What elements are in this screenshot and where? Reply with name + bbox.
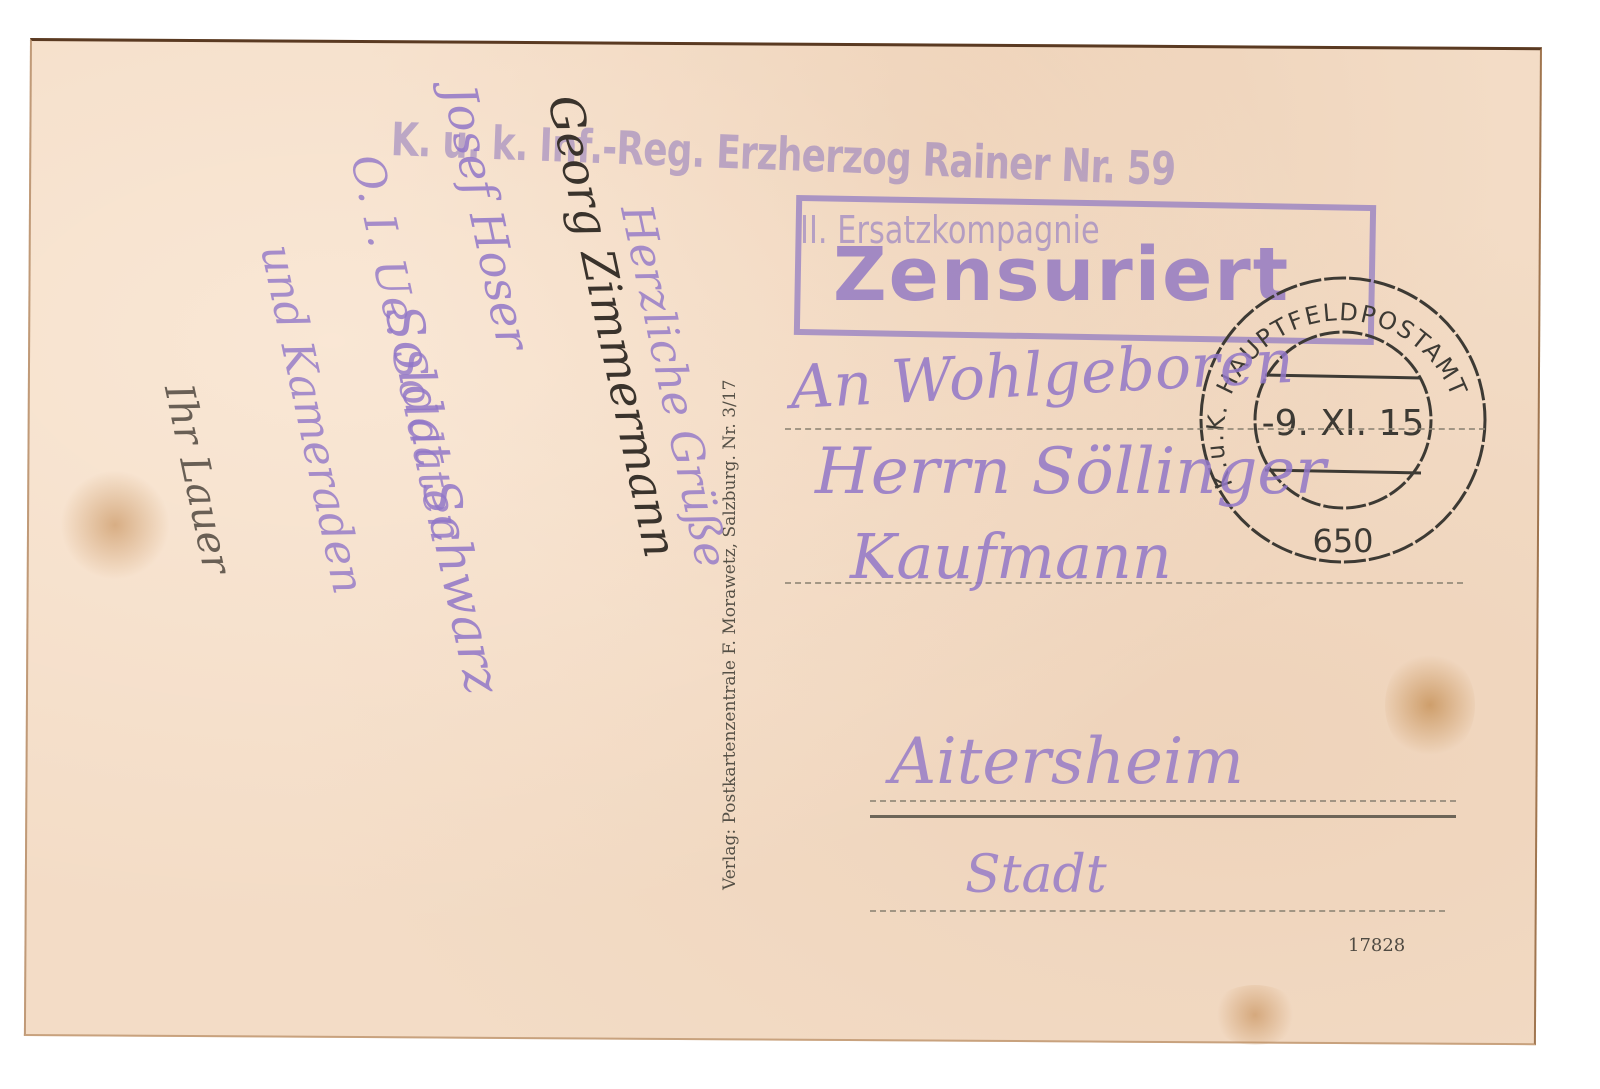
postmark-number: 650 xyxy=(1312,522,1373,560)
stain xyxy=(1210,985,1300,1045)
stain xyxy=(1385,650,1475,760)
regiment-stamp: K. u. k. Inf.-Reg. Erzherzog Rainer Nr. … xyxy=(390,112,1176,196)
address-line xyxy=(870,910,1445,912)
signature: Ihr Lauer xyxy=(155,380,240,578)
address-line-3: Kaufmann xyxy=(850,520,1172,593)
address-line xyxy=(785,428,1485,430)
postmark: K.u.K. HAUPTFELDPOSTAMT -9. XI. 15 650 xyxy=(1193,270,1493,570)
address-line-4: Aitersheim xyxy=(890,725,1244,799)
card-number: 17828 xyxy=(1348,935,1405,956)
message-column: O. I. Ue. Soldaten xyxy=(340,150,472,547)
address-line-5: Stadt xyxy=(965,845,1107,905)
publisher-imprint: Verlag: Postkartenzentrale F. Morawetz, … xyxy=(720,380,740,890)
address-line xyxy=(870,800,1456,802)
postcard-content: K. u. k. Inf.-Reg. Erzherzog Rainer Nr. … xyxy=(0,0,1600,1089)
address-line-2: Herrn Söllinger xyxy=(815,435,1326,509)
address-rule xyxy=(870,815,1456,818)
message-column: und Kameraden xyxy=(250,240,374,598)
stain xyxy=(60,470,170,580)
